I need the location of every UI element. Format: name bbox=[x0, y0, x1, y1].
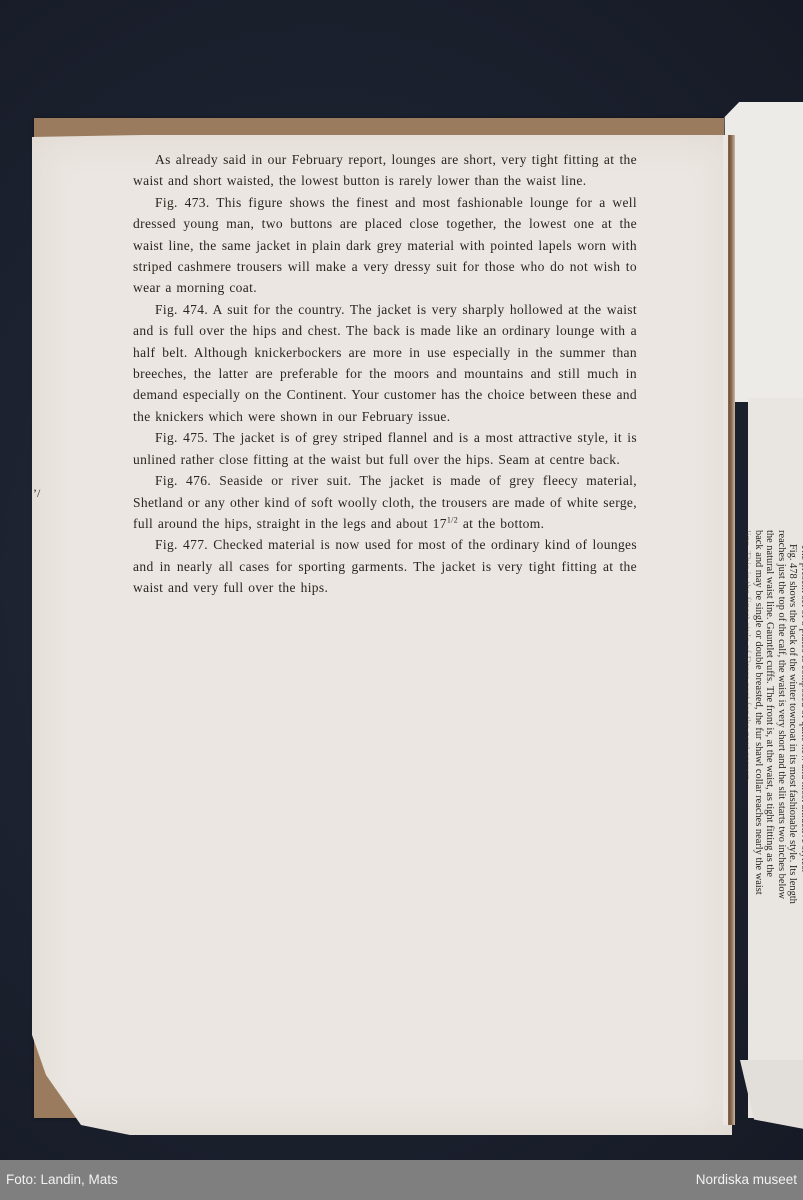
paragraph-fig-474: Fig. 474. A suit for the country. The ja… bbox=[133, 299, 637, 427]
paragraph-fig-477: Fig. 477. Checked material is now used f… bbox=[133, 534, 637, 598]
page-spine-edge bbox=[723, 135, 735, 1125]
photographer-credit: Foto: Landin, Mats bbox=[6, 1172, 118, 1187]
side-card-line: line. This is the finest style of Dress … bbox=[741, 530, 753, 1090]
paragraph-fig-476-text: Fig. 476. Seaside or river suit. The jac… bbox=[133, 473, 637, 531]
side-card-line: back and may be single or double breaste… bbox=[753, 530, 765, 1090]
paragraph-intro: As already said in our February report, … bbox=[133, 149, 637, 192]
margin-mark: ’/ bbox=[33, 486, 40, 501]
paragraph-fig-476: Fig. 476. Seaside or river suit. The jac… bbox=[133, 470, 637, 534]
page-body-text: As already said in our February report, … bbox=[133, 149, 637, 599]
side-card-line: Fig. 478 shows the back of the winter to… bbox=[787, 530, 799, 1090]
paragraph-fig-475: Fig. 475. The jacket is of grey striped … bbox=[133, 427, 637, 470]
document-page: As already said in our February report, … bbox=[32, 135, 732, 1135]
side-plate-card: The present set of 8 plates is composed … bbox=[748, 398, 803, 1118]
paragraph-fig-476-tail: at the bottom. bbox=[458, 516, 544, 531]
caption-bar: Foto: Landin, Mats Nordiska museet bbox=[0, 1160, 803, 1200]
fraction-half: 1/2 bbox=[447, 515, 458, 524]
side-card-line: reaches just the top of the calf, the wa… bbox=[776, 530, 788, 1090]
paragraph-fig-473: Fig. 473. This figure shows the finest a… bbox=[133, 192, 637, 299]
side-card-line: The present set of 8 plates is composed … bbox=[799, 530, 803, 1090]
side-card-line: the natural waist line. Gauntlet cuffs. … bbox=[764, 530, 776, 1090]
institution-credit: Nordiska museet bbox=[696, 1172, 797, 1187]
side-card-rotated-text: The present set of 8 plates is composed … bbox=[741, 530, 803, 1090]
